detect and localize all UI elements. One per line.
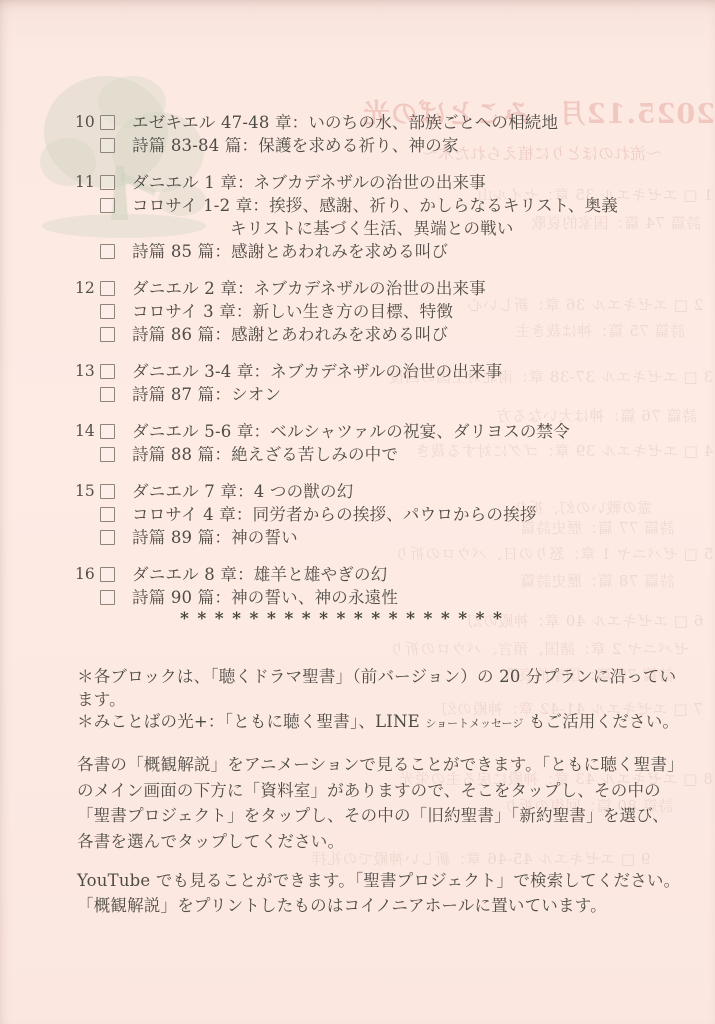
reading-text: コロサイ 1-2 章：挨拶、感謝、祈り、かしらなるキリスト、奥義 xyxy=(132,194,618,217)
day-number: 15 xyxy=(75,480,100,503)
checkbox-icon xyxy=(100,323,132,342)
footnote-text: もご活用ください。 xyxy=(523,712,679,731)
day-number: 13 xyxy=(75,360,100,383)
day-item-12: 12 ダニエル 2 章：ネブカデネザルの治世の出来事 コロサイ 3 章：新しい生… xyxy=(75,277,675,346)
paragraph-line: のメイン画面の下方に「資料室」がありますので、そこをタップし、その中の xyxy=(77,778,677,804)
instructions-paragraph: 各書の「概観解説」をアニメーションで見ることができます。「ともに聴く聖書」 のメ… xyxy=(77,752,677,854)
day-item-16: 16 ダニエル 8 章：雄羊と雄やぎの幻 詩篇 90 篇：神の誓い、神の永遠性 xyxy=(75,563,675,609)
reading-row: 詩篇 86 篇：感謝とあわれみを求める叫び xyxy=(75,323,675,346)
paragraph-line: 各書を選んでタップしてください。 xyxy=(77,829,677,855)
checkbox-icon xyxy=(100,383,132,402)
reading-text: ダニエル 5-6 章：ベルシャツァルの祝宴、ダリヨスの禁令 xyxy=(132,420,570,443)
checkbox-icon xyxy=(100,240,132,259)
asterisk-separator: ******************* xyxy=(180,609,510,629)
day-number: 12 xyxy=(75,277,100,300)
reading-row: 11 ダニエル 1 章：ネブカデネザルの治世の出来事 xyxy=(75,171,675,194)
reading-text: ダニエル 7 章：4 つの獣の幻 xyxy=(132,480,353,503)
reading-text: エゼキエル 47-48 章：いのちの水、部族ごとへの相続地 xyxy=(132,111,558,134)
reading-row: 16 ダニエル 8 章：雄羊と雄やぎの幻 xyxy=(75,563,675,586)
paragraph-line: YouTube でも見ることができます。「聖書プロジェクト」で検索してください。 xyxy=(77,868,683,893)
checkbox-icon xyxy=(100,503,132,522)
reading-row: 14 ダニエル 5-6 章：ベルシャツァルの祝宴、ダリヨスの禁令 xyxy=(75,420,675,443)
checkbox-icon xyxy=(100,194,132,213)
reading-text: 詩篇 85 篇：感謝とあわれみを求める叫び xyxy=(132,240,448,263)
checkbox-icon xyxy=(100,360,132,379)
reading-row: コロサイ 1-2 章：挨拶、感謝、祈り、かしらなるキリスト、奥義 xyxy=(75,194,675,217)
reading-row: コロサイ 4 章：同労者からの挨拶、パウロからの挨拶 xyxy=(75,503,675,526)
footnote-line: ます。 xyxy=(77,689,669,712)
checkbox-icon xyxy=(100,171,132,190)
reading-row: 15 ダニエル 7 章：4 つの獣の幻 xyxy=(75,480,675,503)
reading-row: 詩篇 85 篇：感謝とあわれみを求める叫び xyxy=(75,240,675,263)
footnote-line: ＊みことばの光+：「ともに聴く聖書」、LINE ショートメッセージ もご活用くだ… xyxy=(77,711,669,736)
checkbox-icon xyxy=(100,134,132,153)
checkbox-icon xyxy=(100,300,132,319)
reading-row: 詩篇 88 篇：絶えざる苦しみの中で xyxy=(75,443,675,466)
reading-text: ダニエル 3-4 章：ネブカデネザルの治世の出来事 xyxy=(132,360,502,383)
footnote-line: ＊各ブロックは、「聴くドラマ聖書」（前バージョン）の 20 分プランに沿ってい xyxy=(77,666,669,689)
checkbox-icon xyxy=(100,586,132,605)
reading-text: 詩篇 89 篇：神の誓い xyxy=(132,526,298,549)
reading-row: 詩篇 83-84 篇：保護を求める祈り、神の家 xyxy=(75,134,675,157)
youtube-paragraph: YouTube でも見ることができます。「聖書プロジェクト」で検索してください。… xyxy=(77,868,683,918)
footnote-text: ＊みことばの光+：「ともに聴く聖書」、LINE xyxy=(77,712,425,731)
reading-text: ダニエル 1 章：ネブカデネザルの治世の出来事 xyxy=(132,171,486,194)
day-item-13: 13 ダニエル 3-4 章：ネブカデネザルの治世の出来事 詩篇 87 篇：シオン xyxy=(75,360,675,406)
checkbox-icon xyxy=(100,111,132,130)
scanned-document-page: 2025.12月 みことばの光 ～流れのほとりに植えられた木～ 1 □ エゼキエ… xyxy=(0,0,715,1024)
reading-row: 10 エゼキエル 47-48 章：いのちの水、部族ごとへの相続地 xyxy=(75,111,675,134)
day-item-15: 15 ダニエル 7 章：4 つの獣の幻 コロサイ 4 章：同労者からの挨拶、パウ… xyxy=(75,480,675,549)
checkbox-icon xyxy=(100,420,132,439)
reading-row: 詩篇 89 篇：神の誓い xyxy=(75,526,675,549)
reading-row: 詩篇 87 篇：シオン xyxy=(75,383,675,406)
checkbox-icon xyxy=(100,277,132,296)
reading-text: コロサイ 4 章：同労者からの挨拶、パウロからの挨拶 xyxy=(132,503,537,526)
day-item-10: 10 エゼキエル 47-48 章：いのちの水、部族ごとへの相続地 詩篇 83-8… xyxy=(75,111,675,157)
day-item-11: 11 ダニエル 1 章：ネブカデネザルの治世の出来事 コロサイ 1-2 章：挨拶… xyxy=(75,171,675,263)
day-number: 10 xyxy=(75,111,100,134)
day-item-14: 14 ダニエル 5-6 章：ベルシャツァルの祝宴、ダリヨスの禁令 詩篇 88 篇… xyxy=(75,420,675,466)
checkbox-icon xyxy=(100,480,132,499)
checkbox-icon xyxy=(100,563,132,582)
paragraph-line: 「概観解説」をプリントしたものはコイノニアホールに置いています。 xyxy=(77,893,683,918)
checkbox-icon xyxy=(100,443,132,462)
reading-row: 13 ダニエル 3-4 章：ネブカデネザルの治世の出来事 xyxy=(75,360,675,383)
footnote-small-text: ショートメッセージ xyxy=(425,717,523,730)
reading-text: 詩篇 87 篇：シオン xyxy=(132,383,281,406)
reading-text: コロサイ 3 章：新しい生き方の目標、特徴 xyxy=(132,300,453,323)
reading-text: 詩篇 86 篇：感謝とあわれみを求める叫び xyxy=(132,323,448,346)
reading-row: コロサイ 3 章：新しい生き方の目標、特徴 xyxy=(75,300,675,323)
day-number: 16 xyxy=(75,563,100,586)
reading-text: 詩篇 83-84 篇：保護を求める祈り、神の家 xyxy=(132,134,459,157)
paragraph-line: 「聖書プロジェクト」をタップし、その中の「旧約聖書」「新約聖書」を選び、 xyxy=(77,803,677,829)
checkbox-icon xyxy=(100,526,132,545)
day-number: 14 xyxy=(75,420,100,443)
reading-checklist: 10 エゼキエル 47-48 章：いのちの水、部族ごとへの相続地 詩篇 83-8… xyxy=(75,111,675,623)
footnotes: ＊各ブロックは、「聴くドラマ聖書」（前バージョン）の 20 分プランに沿ってい … xyxy=(77,666,669,736)
reading-text: 詩篇 90 篇：神の誓い、神の永遠性 xyxy=(132,586,398,609)
paragraph-line: 各書の「概観解説」をアニメーションで見ることができます。「ともに聴く聖書」 xyxy=(77,752,677,778)
reading-row: 12 ダニエル 2 章：ネブカデネザルの治世の出来事 xyxy=(75,277,675,300)
day-number: 11 xyxy=(75,171,100,194)
bleedthrough-line: ゼパニヤ 2 章：諸国、預言、パウロの祈り xyxy=(389,638,689,659)
reading-text: ダニエル 2 章：ネブカデネザルの治世の出来事 xyxy=(132,277,486,300)
reading-text: 詩篇 88 篇：絶えざる苦しみの中で xyxy=(132,443,398,466)
reading-text-continuation: キリストに基づく生活、異端との戦い xyxy=(230,217,675,240)
reading-row: 詩篇 90 篇：神の誓い、神の永遠性 xyxy=(75,586,675,609)
reading-text: ダニエル 8 章：雄羊と雄やぎの幻 xyxy=(132,563,387,586)
